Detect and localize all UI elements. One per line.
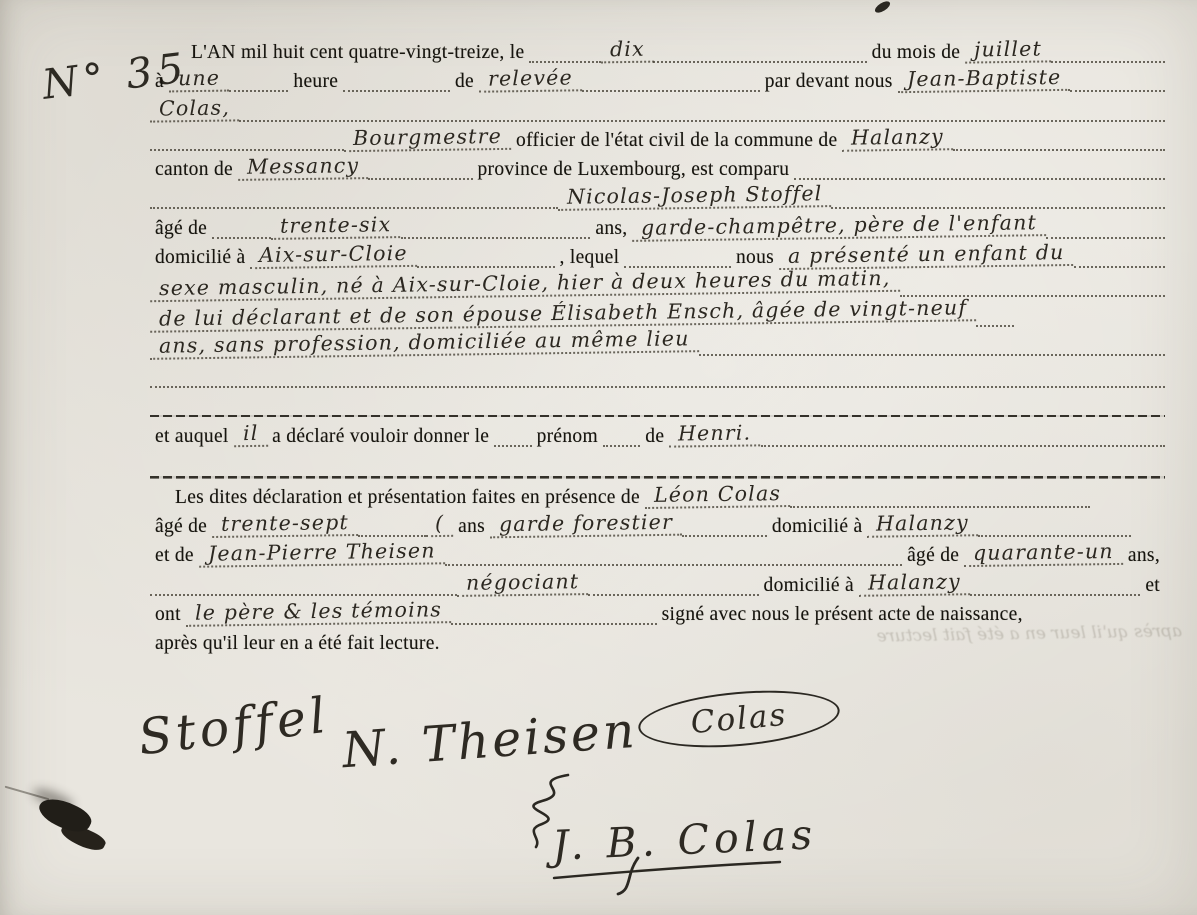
dotted-blank bbox=[529, 53, 600, 63]
signature-stoffel: Stoffel bbox=[135, 687, 332, 767]
doc-line: âgé detrente-sixans,garde-champêtre, pèr… bbox=[150, 218, 1165, 239]
printed-text: à bbox=[150, 71, 169, 92]
printed-text: et bbox=[1140, 575, 1165, 596]
doc-line: canton deMessancyprovince de Luxembourg,… bbox=[150, 159, 1165, 180]
dotted-blank bbox=[417, 258, 554, 268]
printed-text: domicilié à bbox=[767, 516, 867, 537]
dotted-blank bbox=[603, 437, 640, 447]
paraph-underline-icon bbox=[540, 856, 785, 903]
printed-text: canton de bbox=[150, 159, 238, 180]
doc-line: Bourgmestreofficier de l'état civil de l… bbox=[150, 130, 1165, 151]
doc-line: L'AN mil huit cent quatre-vingt-treize, … bbox=[150, 42, 1165, 63]
printed-text: du mois de bbox=[867, 42, 966, 63]
dotted-blank bbox=[588, 586, 758, 596]
dotted-blank bbox=[212, 229, 271, 239]
handwritten-text: Halanzy bbox=[859, 570, 970, 597]
dotted-blank bbox=[831, 199, 1165, 209]
handwritten-text: trente-six bbox=[271, 213, 401, 240]
handwritten-text: Colas, bbox=[150, 96, 239, 122]
handwritten-text: garde-champêtre, père de l'enfant bbox=[632, 211, 1046, 242]
paraph-squiggle-icon bbox=[512, 770, 584, 855]
handwritten-text: a présenté un enfant du bbox=[779, 241, 1074, 270]
printed-text: officier de l'état civil de la commune d… bbox=[511, 130, 842, 151]
doc-line: âgé detrente-sept(ansgarde forestierdomi… bbox=[150, 516, 1165, 537]
doc-line: ans, sans profession, domiciliée au même… bbox=[150, 335, 1165, 356]
dotted-blank bbox=[229, 82, 288, 92]
dotted-blank bbox=[451, 615, 657, 625]
printed-text: , lequel bbox=[555, 247, 625, 268]
dotted-blank bbox=[794, 170, 1165, 180]
doc-line bbox=[150, 458, 1165, 479]
doc-line: Colas, bbox=[150, 101, 1165, 122]
dotted-blank bbox=[150, 471, 1165, 479]
birth-record-scan-page: N° 35 L'AN mil huit cent quatre-vingt-tr… bbox=[0, 0, 1197, 915]
printed-text: signé avec nous le présent acte de naiss… bbox=[657, 604, 1028, 625]
handwritten-text: le père & les témoins bbox=[186, 598, 451, 627]
handwritten-text: Jean-Baptiste bbox=[898, 66, 1071, 93]
dotted-blank bbox=[1046, 229, 1165, 239]
printed-text: ans bbox=[453, 516, 490, 537]
dotted-blank bbox=[239, 112, 1165, 122]
handwritten-text: Bourgmestre bbox=[344, 125, 511, 152]
printed-text: de bbox=[450, 71, 479, 92]
dotted-blank bbox=[653, 53, 866, 63]
doc-line: et deJean-Pierre Theisenâgé dequarante-u… bbox=[150, 545, 1165, 566]
doc-line: négociantdomicilié àHalanzyet bbox=[150, 575, 1165, 596]
dotted-blank bbox=[682, 527, 767, 537]
printed-text: ans, bbox=[590, 218, 632, 239]
printed-text: heure bbox=[288, 71, 343, 92]
doc-line: et auquelila déclaré vouloir donner lepr… bbox=[150, 426, 1165, 447]
handwritten-text: quarante-un bbox=[964, 540, 1123, 567]
handwritten-text: Jean-Pierre Theisen bbox=[199, 540, 445, 568]
printed-text: prénom bbox=[532, 426, 603, 447]
dotted-blank bbox=[150, 409, 1165, 417]
handwritten-text: garde forestier bbox=[490, 511, 682, 539]
dotted-blank bbox=[953, 141, 1165, 151]
dotted-blank bbox=[358, 527, 426, 537]
handwritten-text: ( bbox=[426, 512, 454, 537]
printed-text: nous bbox=[731, 247, 779, 268]
handwritten-text: Nicolas-Joseph Stoffel bbox=[558, 183, 832, 212]
dotted-blank bbox=[150, 378, 1165, 388]
printed-text: par devant nous bbox=[760, 71, 898, 92]
handwritten-text: juillet bbox=[965, 37, 1051, 63]
printed-text: Les dites déclaration et présentation fa… bbox=[170, 487, 645, 508]
doc-line: sexe masculin, né à Aix-sur-Cloie, hier … bbox=[150, 276, 1165, 297]
doc-line: Nicolas-Joseph Stoffel bbox=[150, 188, 1165, 209]
dotted-blank bbox=[343, 82, 450, 92]
handwritten-text: ans, sans profession, domiciliée au même… bbox=[150, 327, 699, 360]
printed-text: âgé de bbox=[902, 545, 964, 566]
dotted-blank bbox=[1074, 258, 1165, 268]
printed-text: et auquel bbox=[150, 426, 234, 447]
doc-line: àuneheurederelevéepar devant nousJean-Ba… bbox=[150, 71, 1165, 92]
doc-line: domicilié àAix-sur-Cloie, lequelnousa pr… bbox=[150, 247, 1165, 268]
dotted-blank bbox=[699, 346, 1165, 356]
doc-line: ontle père & les témoinssigné avec nous … bbox=[150, 604, 1165, 625]
dotted-blank bbox=[582, 82, 760, 92]
handwritten-text: dix bbox=[600, 38, 653, 64]
handwritten-text: Aix-sur-Cloie bbox=[250, 242, 417, 269]
printed-text: et de bbox=[150, 545, 199, 566]
dotted-blank bbox=[150, 199, 558, 209]
handwritten-text: Léon Colas bbox=[645, 482, 790, 509]
doc-line: Les dites déclaration et présentation fa… bbox=[150, 487, 1165, 508]
dotted-blank bbox=[150, 586, 457, 596]
dotted-blank bbox=[368, 170, 472, 180]
ink-speck bbox=[873, 0, 892, 15]
handwritten-text: Messancy bbox=[238, 154, 369, 181]
signature-colas-circled: Colas bbox=[636, 683, 842, 754]
printed-text: après qu'il leur en a été fait lecture. bbox=[150, 633, 445, 654]
doc-line bbox=[150, 396, 1165, 417]
dotted-blank bbox=[1051, 53, 1165, 63]
doc-line bbox=[150, 367, 1165, 388]
dotted-blank bbox=[976, 317, 1014, 327]
dotted-blank bbox=[790, 498, 1090, 508]
dotted-blank bbox=[150, 141, 344, 151]
handwritten-text: trente-sept bbox=[212, 511, 358, 538]
dotted-blank bbox=[1070, 82, 1165, 92]
printed-text: ont bbox=[150, 604, 186, 625]
handwritten-text: relevée bbox=[479, 67, 582, 93]
handwritten-text: Halanzy bbox=[867, 511, 978, 538]
printed-text: âgé de bbox=[150, 218, 212, 239]
handwritten-text: Halanzy bbox=[842, 125, 953, 152]
printed-text: domicilié à bbox=[759, 575, 859, 596]
doc-line: de lui déclarant et de son épouse Élisab… bbox=[150, 306, 1165, 327]
handwritten-text: négociant bbox=[457, 570, 589, 597]
signature-theisen: N. Theisen bbox=[340, 702, 639, 779]
printed-text: âgé de bbox=[150, 516, 212, 537]
document-body: L'AN mil huit cent quatre-vingt-treize, … bbox=[150, 42, 1165, 663]
dotted-blank bbox=[624, 258, 731, 268]
dotted-blank bbox=[401, 229, 591, 239]
dotted-blank bbox=[761, 437, 1165, 447]
ink-smear bbox=[5, 786, 50, 801]
handwritten-text: il bbox=[233, 421, 267, 446]
printed-text: province de Luxembourg, est comparu bbox=[473, 159, 795, 180]
dotted-blank bbox=[970, 586, 1140, 596]
dotted-blank bbox=[978, 527, 1131, 537]
printed-text: domicilié à bbox=[150, 247, 250, 268]
handwritten-text: de lui déclarant et de son épouse Élisab… bbox=[150, 296, 976, 333]
printed-text: a déclaré vouloir donner le bbox=[267, 426, 494, 447]
dotted-blank bbox=[494, 437, 531, 447]
printed-text: L'AN mil huit cent quatre-vingt-treize, … bbox=[186, 42, 529, 63]
dotted-blank bbox=[445, 556, 903, 566]
printed-text: de bbox=[640, 426, 669, 447]
handwritten-text: une bbox=[169, 67, 229, 93]
printed-text: ans, bbox=[1123, 545, 1165, 566]
handwritten-text: Henri. bbox=[669, 421, 761, 447]
